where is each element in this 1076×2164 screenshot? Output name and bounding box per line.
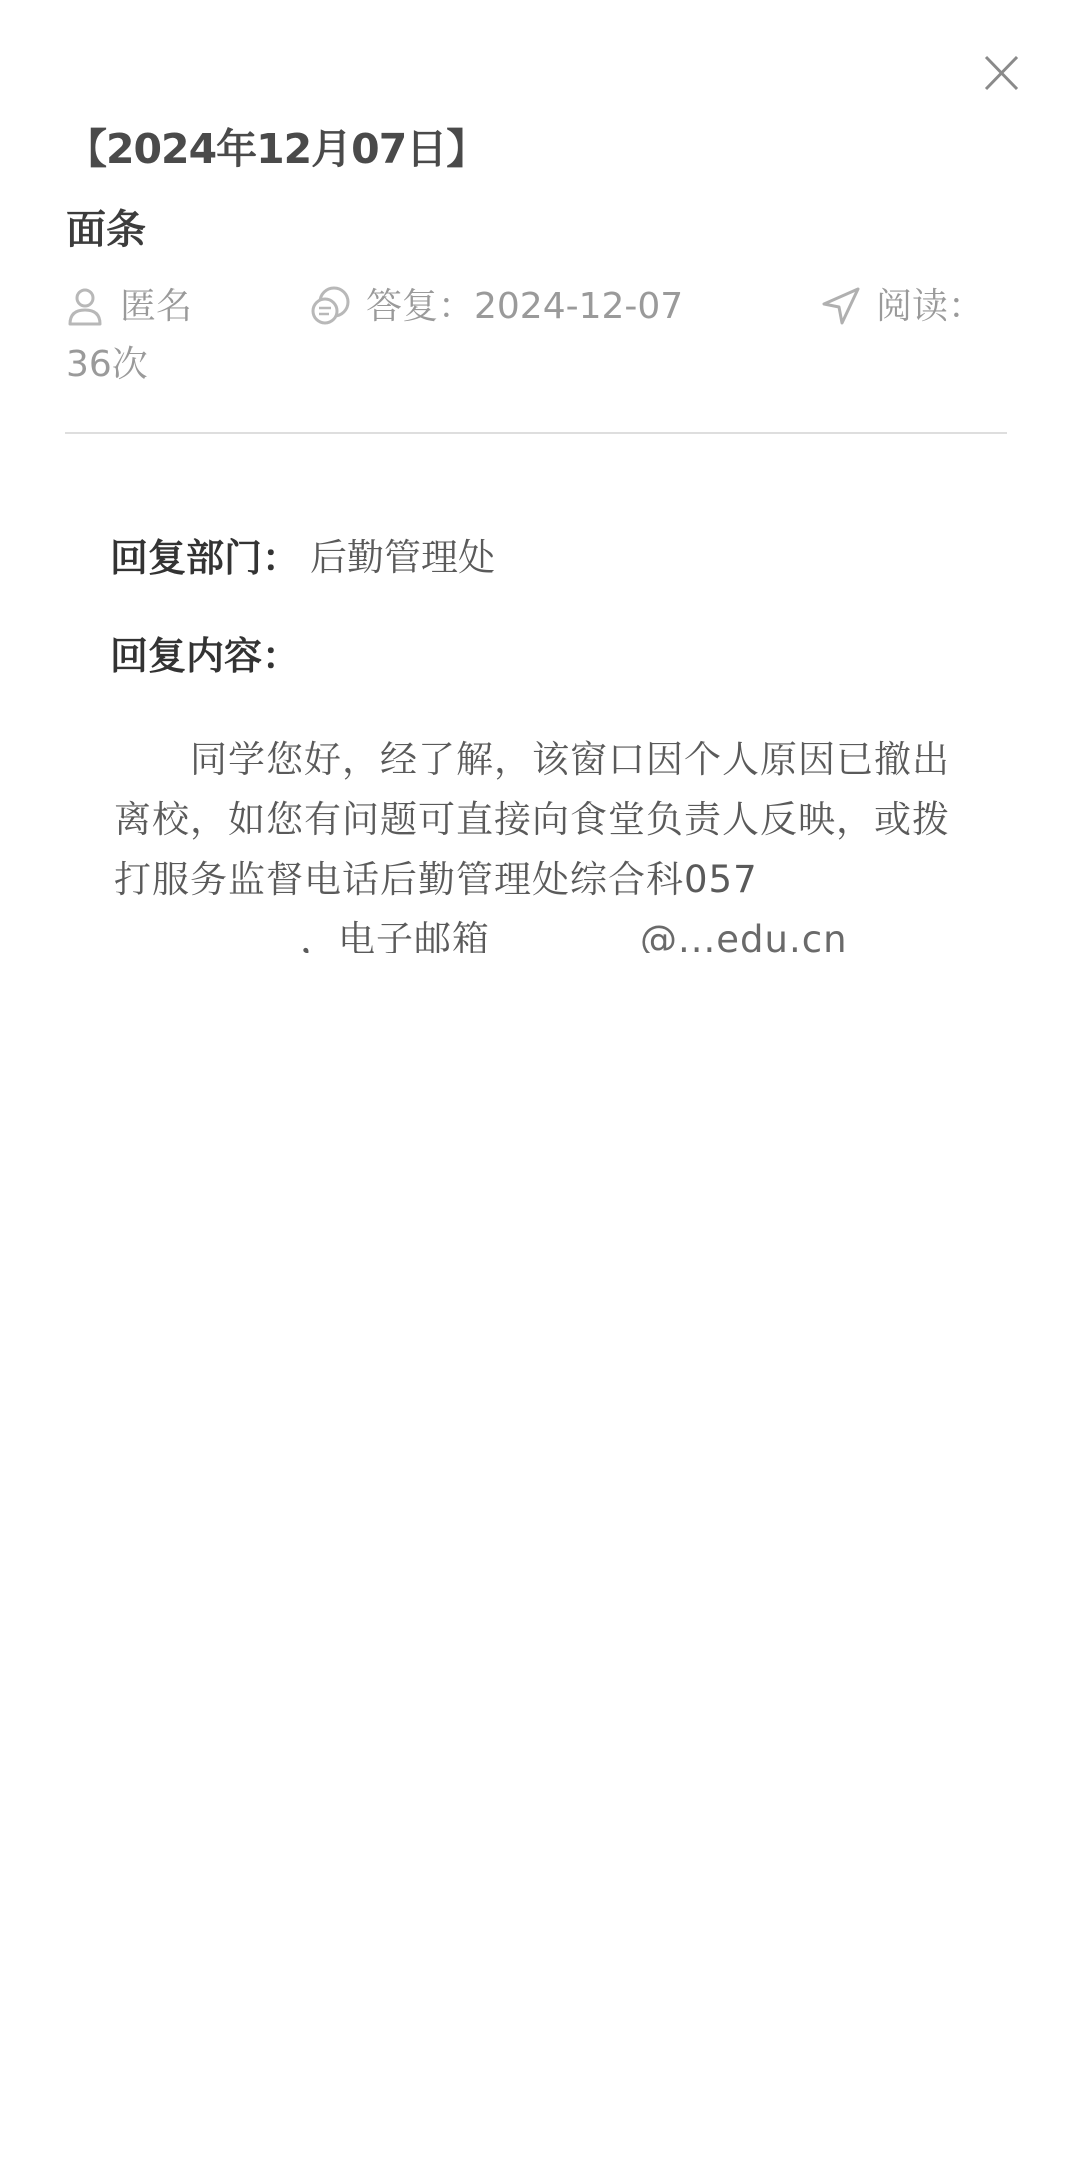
content-label: 回复内容： (110, 631, 300, 681)
read-count: 36次 (66, 342, 148, 388)
reply-content-line: 打服务监督电话后勤管理处综合科057 (114, 855, 758, 905)
read-label: 阅读： (876, 284, 984, 330)
close-icon (976, 48, 1026, 98)
user-icon (64, 285, 106, 327)
navigation-arrow-icon (820, 285, 862, 327)
reply-email-fragment: @...edu.cn (640, 915, 848, 953)
page-title: 面条 (66, 204, 146, 256)
close-button[interactable] (976, 48, 1026, 98)
reply-content-line-fragment: ，电子邮箱 (300, 915, 490, 953)
reply-content-line: 离校，如您有问题可直接向食堂负责人反映，或拨 (114, 795, 950, 845)
divider (65, 432, 1007, 434)
author-name: 匿名 (120, 284, 192, 330)
reply-date: 答复：2024-12-07 (366, 284, 683, 330)
department-label: 回复部门： (110, 533, 300, 583)
date-heading: 【2024年12月07日】 (66, 122, 486, 176)
department-value: 后勤管理处 (310, 533, 495, 583)
reply-chat-icon (310, 285, 352, 327)
reply-content-line: 同学您好，经了解，该窗口因个人原因已撤出 (190, 735, 950, 785)
